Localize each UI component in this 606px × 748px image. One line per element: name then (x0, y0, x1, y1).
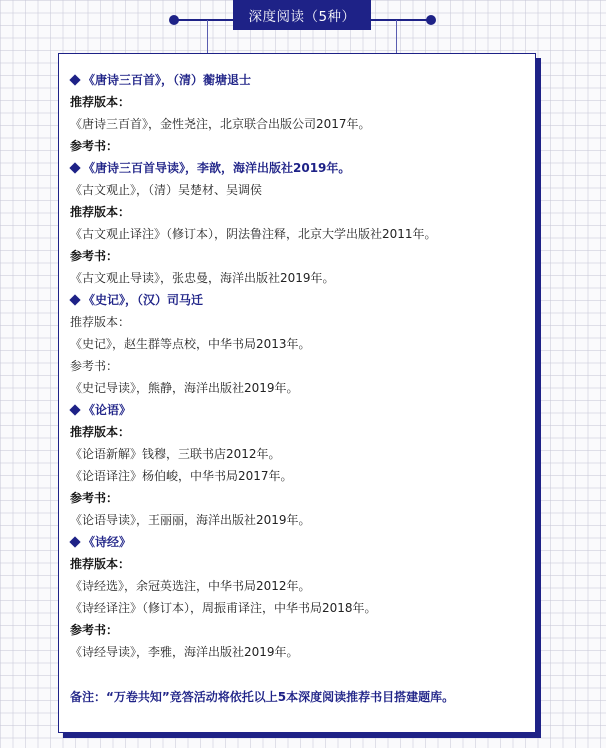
book-heading: 《诗经》 (70, 531, 525, 553)
left-dot-icon (169, 15, 179, 25)
left-connector (207, 20, 208, 53)
section-label: 推荐版本： (70, 553, 525, 575)
book-entry: 《古文观止导读》，张忠曼，海洋出版社2019年。 (70, 267, 525, 289)
book-entry: 《古文观止》，（清）吴楚材、吴调侯 (70, 179, 525, 201)
line-text: 《唐诗三百首》，金性尧注，北京联合出版公司2017年。 (70, 117, 371, 131)
book-heading: 《唐诗三百首导读》，李歆，海洋出版社2019年。 (70, 157, 525, 179)
line-text: 推荐版本： (70, 557, 130, 571)
diamond-bullet-icon (69, 294, 80, 305)
section-title: 深度阅读（5种） (233, 0, 371, 30)
section-label: 参考书： (70, 487, 525, 509)
book-entry: 《诗经选》，余冠英选注，中华书局2012年。 (70, 575, 525, 597)
line-text: 《论语译注》杨伯峻，中华书局2017年。 (70, 469, 293, 483)
reading-list-card: 《唐诗三百首》，（清）蘅塘退士推荐版本：《唐诗三百首》，金性尧注，北京联合出版公… (58, 53, 536, 733)
book-heading: 《论语》 (70, 399, 525, 421)
line-text: 推荐版本： (70, 205, 130, 219)
line-text: 《诗经》 (83, 535, 131, 549)
line-text: 推荐版本： (70, 315, 130, 329)
section-label: 推荐版本： (70, 91, 525, 113)
line-text: 《诗经译注》（修订本），周振甫译注，中华书局2018年。 (70, 601, 377, 615)
section-label: 参考书： (70, 135, 525, 157)
reading-list: 《唐诗三百首》，（清）蘅塘退士推荐版本：《唐诗三百首》，金性尧注，北京联合出版公… (70, 69, 525, 663)
line-text: 参考书： (70, 491, 118, 505)
section-label: 参考书： (70, 245, 525, 267)
right-dot-icon (426, 15, 436, 25)
line-text: 《史记导读》，熊静，海洋出版社2019年。 (70, 381, 299, 395)
book-entry: 《论语新解》钱穆，三联书店2012年。 (70, 443, 525, 465)
diamond-bullet-icon (69, 74, 80, 85)
line-text: 《论语导读》，王丽丽，海洋出版社2019年。 (70, 513, 311, 527)
line-text: 推荐版本： (70, 95, 130, 109)
line-text: 《诗经导读》，李雅，海洋出版社2019年。 (70, 645, 299, 659)
diamond-bullet-icon (69, 536, 80, 547)
book-entry: 《唐诗三百首》，金性尧注，北京联合出版公司2017年。 (70, 113, 525, 135)
line-text: 《古文观止译注》（修订本），阴法鲁注释，北京大学出版社2011年。 (70, 227, 437, 241)
footnote: 备注：“万卷共知”竞答活动将依托以上5本深度阅读推荐书目搭建题库。 (70, 688, 454, 705)
line-text: 推荐版本： (70, 425, 130, 439)
line-text: 《史记》，（汉）司马迁 (83, 293, 203, 307)
diamond-bullet-icon (69, 162, 80, 173)
line-text: 参考书： (70, 249, 118, 263)
book-entry: 《古文观止译注》（修订本），阴法鲁注释，北京大学出版社2011年。 (70, 223, 525, 245)
section-label: 推荐版本： (70, 311, 525, 333)
line-text: 参考书： (70, 623, 118, 637)
line-text: 《唐诗三百首》，（清）蘅塘退士 (83, 73, 251, 87)
line-text: 《史记》，赵生群等点校，中华书局2013年。 (70, 337, 311, 351)
book-entry: 《论语译注》杨伯峻，中华书局2017年。 (70, 465, 525, 487)
line-text: 《论语新解》钱穆，三联书店2012年。 (70, 447, 281, 461)
line-text: 参考书： (70, 359, 118, 373)
section-label: 推荐版本： (70, 421, 525, 443)
book-entry: 《诗经导读》，李雅，海洋出版社2019年。 (70, 641, 525, 663)
section-label: 参考书： (70, 355, 525, 377)
diamond-bullet-icon (69, 404, 80, 415)
section-label: 参考书： (70, 619, 525, 641)
book-heading: 《史记》，（汉）司马迁 (70, 289, 525, 311)
line-text: 《古文观止》，（清）吴楚材、吴调侯 (70, 183, 262, 197)
book-entry: 《论语导读》，王丽丽，海洋出版社2019年。 (70, 509, 525, 531)
line-text: 《论语》 (83, 403, 131, 417)
line-text: 《唐诗三百首导读》，李歆，海洋出版社2019年。 (83, 161, 350, 175)
book-entry: 《史记导读》，熊静，海洋出版社2019年。 (70, 377, 525, 399)
book-entry: 《诗经译注》（修订本），周振甫译注，中华书局2018年。 (70, 597, 525, 619)
line-text: 《诗经选》，余冠英选注，中华书局2012年。 (70, 579, 311, 593)
section-title-text: 深度阅读（5种） (248, 5, 355, 25)
line-text: 参考书： (70, 139, 118, 153)
line-text: 《古文观止导读》，张忠曼，海洋出版社2019年。 (70, 271, 335, 285)
section-label: 推荐版本： (70, 201, 525, 223)
right-connector (396, 20, 397, 53)
book-entry: 《史记》，赵生群等点校，中华书局2013年。 (70, 333, 525, 355)
book-heading: 《唐诗三百首》，（清）蘅塘退士 (70, 69, 525, 91)
